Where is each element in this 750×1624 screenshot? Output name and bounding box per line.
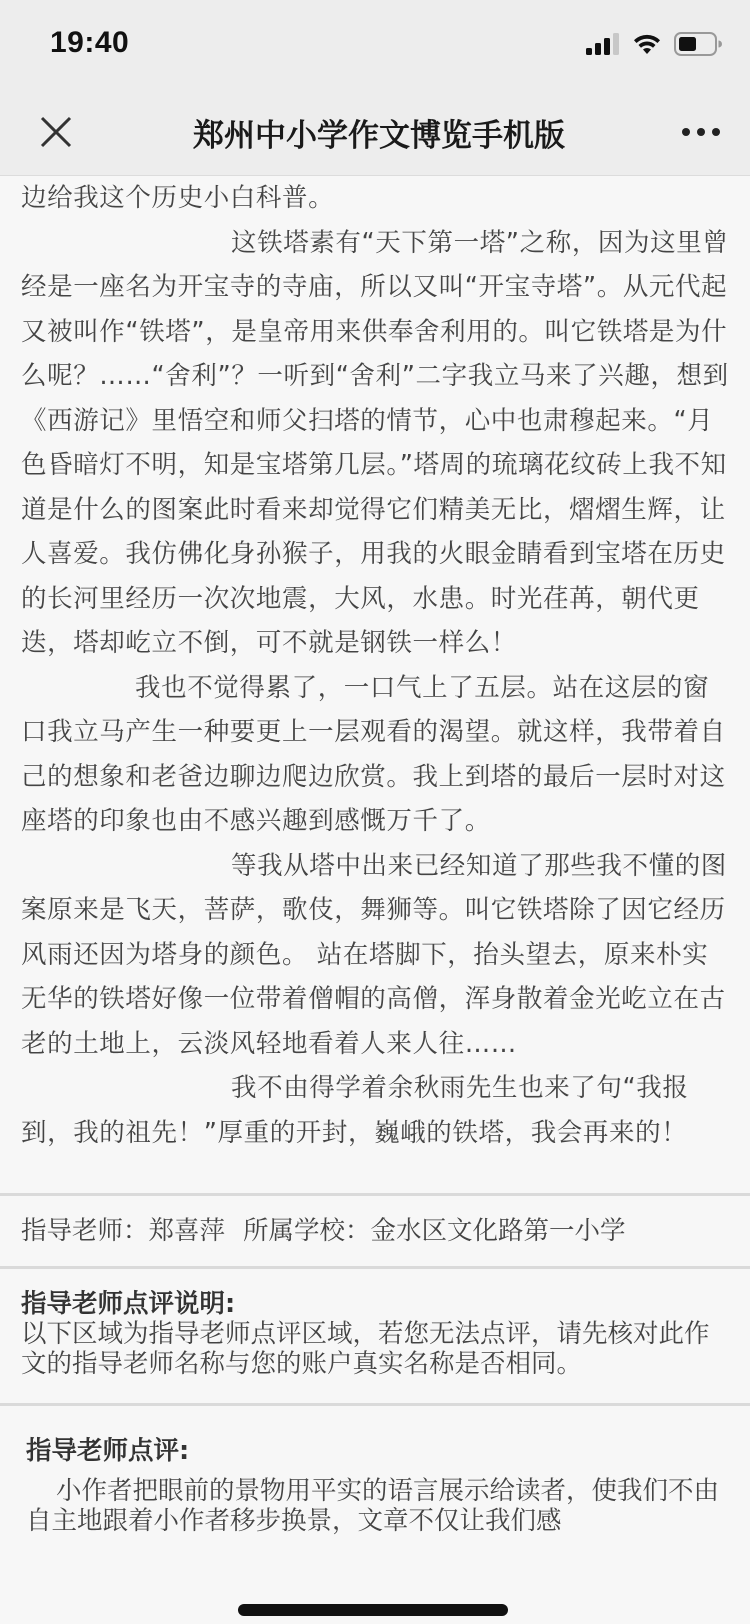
article-paragraph: 边给我这个历史小白科普。 — [21, 176, 730, 221]
status-icons — [586, 32, 722, 56]
teacher-name: 指导老师：郑喜萍 — [21, 1216, 225, 1246]
article-paragraph: 这铁塔素有“天下第一塔”之称，因为这里曾经是一座名为开宝寺的寺庙，所以又叫“开宝… — [21, 221, 730, 666]
status-time: 19:40 — [50, 26, 129, 60]
more-icon-dot — [697, 128, 705, 136]
nav-bar: 郑州中小学作文博览手机版 — [0, 90, 750, 176]
battery-icon — [674, 32, 722, 56]
school-name: 所属学校：金水区文化路第一小学 — [243, 1216, 626, 1246]
article-body: 边给我这个历史小白科普。 这铁塔素有“天下第一塔”之称，因为这里曾经是一座名为开… — [0, 176, 750, 1155]
notice-heading: 指导老师点评说明: — [21, 1289, 729, 1319]
more-icon-dot — [712, 128, 720, 136]
article-paragraph: 等我从塔中出来已经知道了那些我不懂的图案原来是飞天，菩萨，歌伎，舞狮等。叫它铁塔… — [21, 844, 730, 1067]
home-indicator[interactable] — [238, 1604, 508, 1616]
teacher-info: 指导老师：郑喜萍所属学校：金水区文化路第一小学 — [0, 1196, 750, 1266]
page-title: 郑州中小学作文博览手机版 — [0, 110, 750, 155]
article-paragraph: 我也不觉得累了，一口气上了五层。站在这层的窗口我立马产生一种要更上一层观看的渴望… — [21, 666, 730, 844]
article-paragraph: 我不由得学着余秋雨先生也来了句“我报到，我的祖先！”厚重的开封，巍峨的铁塔，我会… — [21, 1066, 730, 1155]
wifi-icon — [632, 33, 662, 55]
more-icon-dot — [682, 128, 690, 136]
content-area[interactable]: 边给我这个历史小白科普。 这铁塔素有“天下第一塔”之称，因为这里曾经是一座名为开… — [0, 176, 750, 1536]
cellular-signal-icon — [586, 33, 620, 55]
teacher-review: 指导老师点评: 小作者把眼前的景物用平实的语言展示给读者，使我们不由自主地跟着小… — [0, 1406, 750, 1536]
more-button[interactable] — [682, 128, 720, 136]
review-heading: 指导老师点评: — [26, 1434, 730, 1468]
review-text: 小作者把眼前的景物用平实的语言展示给读者，使我们不由自主地跟着小作者移步换景，文… — [26, 1476, 730, 1536]
status-bar: 19:40 — [0, 0, 750, 90]
notice-text: 以下区域为指导老师点评区域，若您无法点评，请先核对此作文的指导老师名称与您的账户… — [21, 1319, 729, 1379]
review-notice: 指导老师点评说明: 以下区域为指导老师点评区域，若您无法点评，请先核对此作文的指… — [0, 1269, 750, 1403]
